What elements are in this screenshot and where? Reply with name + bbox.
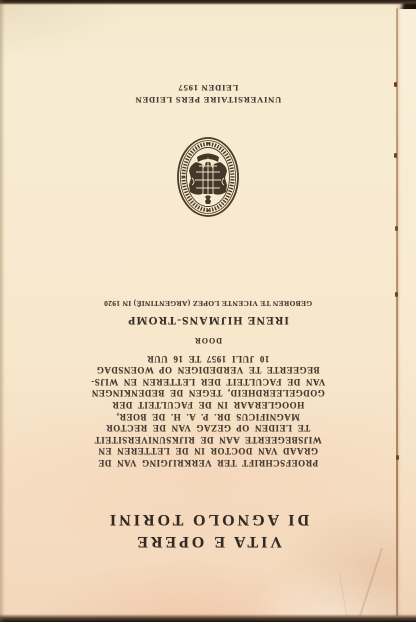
publisher-line: UNIVERSITAIRE PERS LEIDEN (0, 95, 416, 105)
thesis-line: VAN DE FACULTEIT DER LETTEREN EN WIJS- (0, 375, 416, 387)
book-title-line2: DI AGNOLO TORINI (0, 508, 416, 530)
thesis-line: TE LEIDEN OP GEZAG VAN DE RECTOR (0, 422, 416, 434)
edge-speck (395, 226, 398, 231)
thesis-line: 10 JULI 1957 TE 16 UUR (0, 352, 416, 364)
thesis-line: WIJSBEGEERTE AAN DE RIJKSUNIVERSITEIT (0, 433, 416, 445)
thesis-line: GRAAD VAN DOCTOR IN DE LETTEREN EN (0, 445, 416, 457)
edge-speck (394, 153, 397, 158)
author-birth-line: GEBOREN TE VICENTE LOPEZ (ARGENTINIË) IN… (0, 299, 416, 308)
page-edge-line (396, 8, 398, 616)
edge-speck (394, 82, 397, 87)
title-page-content: VITA E OPERE DI AGNOLO TORINI PROEFSCHRI… (0, 0, 416, 622)
book-title: VITA E OPERE DI AGNOLO TORINI (0, 508, 416, 552)
thesis-line: MAGNIFICUS DR. P. A. H. DE BOER, (0, 410, 416, 422)
thesis-line: GODGELEERDHEID, TEGEN DE BEDENKINGEN (0, 387, 416, 399)
scan-edge-bottom (0, 614, 416, 622)
thesis-statement: PROEFSCHRIFT TER VERKRIJGING VAN DE GRAA… (0, 352, 416, 468)
edge-speck (396, 455, 399, 460)
book-fore-edge (397, 0, 416, 622)
edge-speck (395, 292, 398, 297)
book-title-line1: VITA E OPERE (0, 530, 416, 552)
thesis-line: BEGEERTE TE VERDEDIGEN OP WOENSDAG (0, 364, 416, 376)
university-seal-icon (176, 136, 240, 218)
scan-edge-top (0, 0, 416, 5)
seal-container (0, 131, 416, 218)
scanned-book-page-photo: VITA E OPERE DI AGNOLO TORINI PROEFSCHRI… (0, 0, 416, 622)
by-label: DOOR (0, 336, 416, 345)
author-name: IRENE HIJMANS-TROMP (0, 314, 416, 326)
scan-edge-left (0, 0, 5, 622)
thesis-line: HOOGLERAAR IN DE FACULTEIT DER (0, 398, 416, 410)
thesis-line: PROEFSCHRIFT TER VERKRIJGING VAN DE (0, 456, 416, 468)
imprint-year-line: LEIDEN 1957 (0, 83, 416, 93)
